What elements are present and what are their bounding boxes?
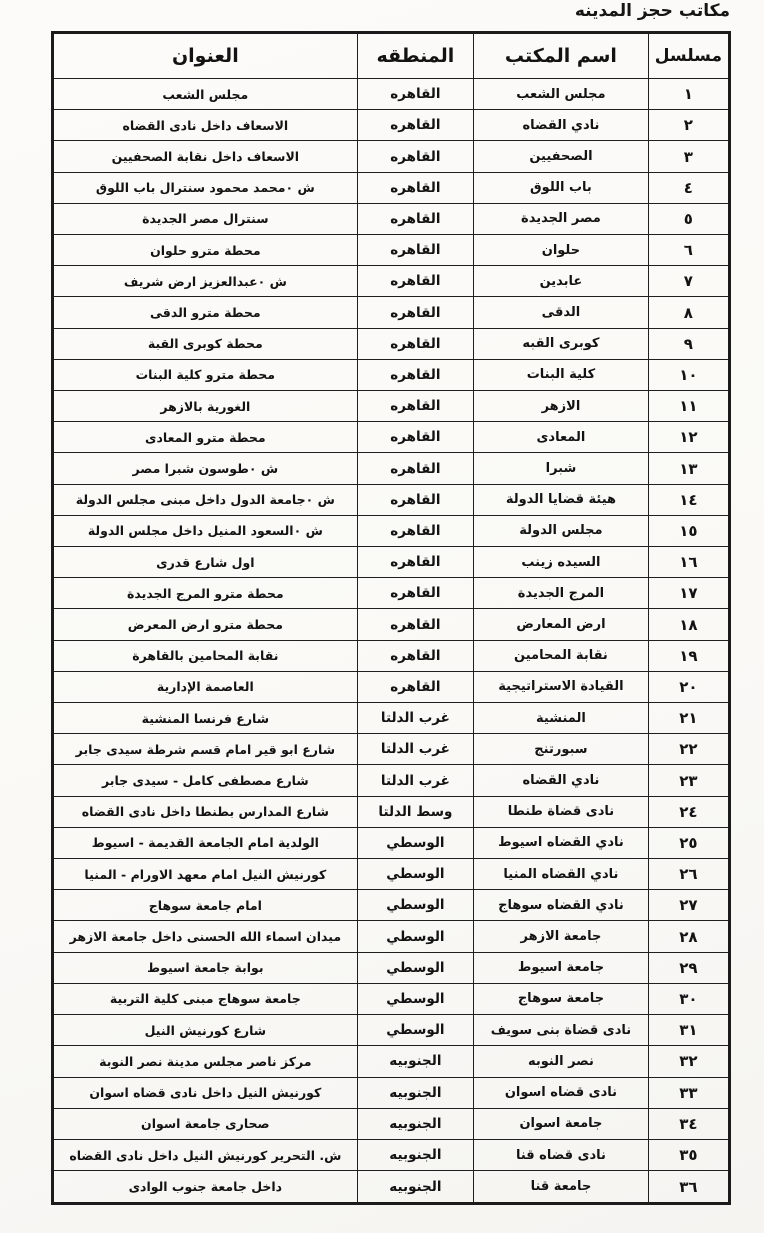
serial-cell: ١٢ bbox=[648, 422, 729, 453]
office-name-cell: مصر الجديدة bbox=[474, 203, 649, 234]
region-cell: القاهره bbox=[357, 141, 473, 172]
table-row: ٢٥ نادي القضاه اسيوط الوسطي الولدية امام… bbox=[53, 827, 730, 858]
serial-cell: ٥ bbox=[648, 203, 729, 234]
region-cell: الجنوبيه bbox=[357, 1046, 473, 1077]
address-cell: ش. التحرير كورنيش النيل داخل نادى القضاه bbox=[53, 1139, 358, 1170]
serial-cell: ٢٣ bbox=[648, 765, 729, 796]
table-row: ٣٦ جامعة قنا الجنوبيه داخل جامعة جنوب ال… bbox=[53, 1171, 730, 1204]
table-row: ١٦ السيده زينب القاهره اول شارع قدرى bbox=[53, 547, 730, 578]
address-cell: ش ٠عبدالعزيز ارض شريف bbox=[53, 266, 358, 297]
serial-cell: ٣١ bbox=[648, 1015, 729, 1046]
office-name-cell: نصر النوبه bbox=[474, 1046, 649, 1077]
region-cell: الوسطي bbox=[357, 921, 473, 952]
office-name-cell: سبورتنج bbox=[474, 734, 649, 765]
address-cell: ش ٠طوسون شبرا مصر bbox=[53, 453, 358, 484]
office-name-cell: نقابة المحامين bbox=[474, 640, 649, 671]
address-cell: شارع ابو قير امام قسم شرطة سيدى جابر bbox=[53, 734, 358, 765]
table-row: ٣٤ جامعة اسوان الجنوبيه صحارى جامعة اسوا… bbox=[53, 1108, 730, 1139]
region-cell: الوسطي bbox=[357, 1015, 473, 1046]
office-name-cell: نادي القضاه bbox=[474, 110, 649, 141]
table-row: ٥ مصر الجديدة القاهره سنترال مصر الجديدة bbox=[53, 203, 730, 234]
office-name-cell: شبرا bbox=[474, 453, 649, 484]
office-name-cell: مجلس الشعب bbox=[474, 79, 649, 110]
office-name-cell: كلية البنات bbox=[474, 359, 649, 390]
serial-cell: ٢٩ bbox=[648, 952, 729, 983]
office-name-cell: جامعة قنا bbox=[474, 1171, 649, 1204]
table-row: ٢٣ نادي القضاه غرب الدلتا شارع مصطفى كام… bbox=[53, 765, 730, 796]
office-name-cell: نادي القضاه سوهاج bbox=[474, 890, 649, 921]
page-title: مكاتب حجز المدينه bbox=[575, 1, 730, 21]
table-row: ٤ باب اللوق القاهره ش ٠محمد محمود سنترال… bbox=[53, 172, 730, 203]
address-cell: كورنيش النيل داخل نادى قضاه اسوان bbox=[53, 1077, 358, 1108]
table-row: ١٤ هيئة قضايا الدولة القاهره ش ٠جامعة ال… bbox=[53, 484, 730, 515]
region-cell: الوسطي bbox=[357, 827, 473, 858]
address-cell: محطة مترو حلوان bbox=[53, 235, 358, 266]
table-row: ٣٢ نصر النوبه الجنوبيه مركز ناصر مجلس مد… bbox=[53, 1046, 730, 1077]
serial-cell: ٢ bbox=[648, 110, 729, 141]
table-row: ٧ عابدين القاهره ش ٠عبدالعزيز ارض شريف bbox=[53, 266, 730, 297]
serial-cell: ٣٤ bbox=[648, 1108, 729, 1139]
office-name-cell: الدقى bbox=[474, 297, 649, 328]
table-row: ١ مجلس الشعب القاهره مجلس الشعب bbox=[53, 79, 730, 110]
address-cell: محطة مترو ارض المعرض bbox=[53, 609, 358, 640]
office-name-cell: السيده زينب bbox=[474, 547, 649, 578]
region-cell: الجنوبيه bbox=[357, 1171, 473, 1204]
office-name-cell: الصحفيين bbox=[474, 141, 649, 172]
region-cell: غرب الدلتا bbox=[357, 734, 473, 765]
region-cell: القاهره bbox=[357, 297, 473, 328]
serial-cell: ٢٢ bbox=[648, 734, 729, 765]
address-cell: شارع كورنيش النيل bbox=[53, 1015, 358, 1046]
address-cell: ش ٠السعود المنيل داخل مجلس الدولة bbox=[53, 515, 358, 546]
region-cell: القاهره bbox=[357, 484, 473, 515]
address-cell: الولدية امام الجامعة القديمة - اسيوط bbox=[53, 827, 358, 858]
region-cell: القاهره bbox=[357, 453, 473, 484]
serial-cell: ١ bbox=[648, 79, 729, 110]
region-cell: غرب الدلتا bbox=[357, 765, 473, 796]
serial-cell: ١٦ bbox=[648, 547, 729, 578]
header-office-name: اسم المكتب bbox=[474, 33, 649, 79]
table-body: ١ مجلس الشعب القاهره مجلس الشعب ٢ نادي ا… bbox=[53, 79, 730, 1204]
header-serial: مسلسل bbox=[648, 33, 729, 79]
serial-cell: ٢١ bbox=[648, 703, 729, 734]
booking-offices-table: مسلسل اسم المكتب المنطقه العنوان ١ مجلس … bbox=[51, 31, 731, 1205]
table-row: ٢٧ نادي القضاه سوهاج الوسطي امام جامعة س… bbox=[53, 890, 730, 921]
office-name-cell: المعادى bbox=[474, 422, 649, 453]
serial-cell: ٣٦ bbox=[648, 1171, 729, 1204]
table-row: ٢٩ جامعة اسيوط الوسطي بوابة جامعة اسيوط bbox=[53, 952, 730, 983]
region-cell: الجنوبيه bbox=[357, 1108, 473, 1139]
region-cell: القاهره bbox=[357, 172, 473, 203]
table-header-row: مسلسل اسم المكتب المنطقه العنوان bbox=[53, 33, 730, 79]
table-row: ١٨ ارض المعارض القاهره محطة مترو ارض الم… bbox=[53, 609, 730, 640]
region-cell: القاهره bbox=[357, 547, 473, 578]
address-cell: ش ٠محمد محمود سنترال باب اللوق bbox=[53, 172, 358, 203]
table-row: ٢٦ نادي القضاه المنيا الوسطي كورنيش الني… bbox=[53, 859, 730, 890]
table-row: ١١ الازهر القاهره الغورية بالازهر bbox=[53, 391, 730, 422]
serial-cell: ٢٠ bbox=[648, 671, 729, 702]
serial-cell: ١٩ bbox=[648, 640, 729, 671]
address-cell: الاسعاف داخل نقابة الصحفيين bbox=[53, 141, 358, 172]
table-row: ٣ الصحفيين القاهره الاسعاف داخل نقابة ال… bbox=[53, 141, 730, 172]
table-row: ١٣ شبرا القاهره ش ٠طوسون شبرا مصر bbox=[53, 453, 730, 484]
serial-cell: ٢٨ bbox=[648, 921, 729, 952]
serial-cell: ١٣ bbox=[648, 453, 729, 484]
address-cell: صحارى جامعة اسوان bbox=[53, 1108, 358, 1139]
address-cell: شارع المدارس بطنطا داخل نادى القضاه bbox=[53, 796, 358, 827]
address-cell: محطة مترو المرج الجديدة bbox=[53, 578, 358, 609]
region-cell: القاهره bbox=[357, 266, 473, 297]
office-name-cell: نادى قضاه قنا bbox=[474, 1139, 649, 1170]
office-name-cell: نادي القضاه اسيوط bbox=[474, 827, 649, 858]
address-cell: داخل جامعة جنوب الوادى bbox=[53, 1171, 358, 1204]
office-name-cell: مجلس الدولة bbox=[474, 515, 649, 546]
address-cell: جامعة سوهاج مبنى كلية التربية bbox=[53, 983, 358, 1014]
table-row: ٣٣ نادى قضاه اسوان الجنوبيه كورنيش النيل… bbox=[53, 1077, 730, 1108]
office-name-cell: عابدين bbox=[474, 266, 649, 297]
office-name-cell: نادي القضاه المنيا bbox=[474, 859, 649, 890]
address-cell: سنترال مصر الجديدة bbox=[53, 203, 358, 234]
office-name-cell: القيادة الاستراتيجية bbox=[474, 671, 649, 702]
table-row: ٦ حلوان القاهره محطة مترو حلوان bbox=[53, 235, 730, 266]
address-cell: محطة كوبرى القبة bbox=[53, 328, 358, 359]
table-row: ٢٢ سبورتنج غرب الدلتا شارع ابو قير امام … bbox=[53, 734, 730, 765]
address-cell: امام جامعة سوهاج bbox=[53, 890, 358, 921]
office-name-cell: المنشية bbox=[474, 703, 649, 734]
region-cell: القاهره bbox=[357, 671, 473, 702]
address-cell: الغورية بالازهر bbox=[53, 391, 358, 422]
region-cell: القاهره bbox=[357, 640, 473, 671]
office-name-cell: الازهر bbox=[474, 391, 649, 422]
region-cell: القاهره bbox=[357, 578, 473, 609]
header-region: المنطقه bbox=[357, 33, 473, 79]
address-cell: ميدان اسماء الله الحسنى داخل جامعة الازه… bbox=[53, 921, 358, 952]
table-row: ١٥ مجلس الدولة القاهره ش ٠السعود المنيل … bbox=[53, 515, 730, 546]
region-cell: القاهره bbox=[357, 515, 473, 546]
region-cell: الوسطي bbox=[357, 983, 473, 1014]
serial-cell: ١١ bbox=[648, 391, 729, 422]
region-cell: القاهره bbox=[357, 359, 473, 390]
address-cell: مجلس الشعب bbox=[53, 79, 358, 110]
serial-cell: ١٨ bbox=[648, 609, 729, 640]
region-cell: القاهره bbox=[357, 609, 473, 640]
address-cell: الاسعاف داخل نادى القضاه bbox=[53, 110, 358, 141]
region-cell: القاهره bbox=[357, 79, 473, 110]
office-name-cell: كوبرى القبه bbox=[474, 328, 649, 359]
region-cell: غرب الدلتا bbox=[357, 703, 473, 734]
header-address: العنوان bbox=[53, 33, 358, 79]
table-row: ٨ الدقى القاهره محطة مترو الدقى bbox=[53, 297, 730, 328]
office-name-cell: جامعة الازهر bbox=[474, 921, 649, 952]
office-name-cell: نادي القضاه bbox=[474, 765, 649, 796]
serial-cell: ٣٠ bbox=[648, 983, 729, 1014]
region-cell: القاهره bbox=[357, 422, 473, 453]
table-row: ١٧ المرج الجديدة القاهره محطة مترو المرج… bbox=[53, 578, 730, 609]
table-row: ٣٠ جامعة سوهاج الوسطي جامعة سوهاج مبنى ك… bbox=[53, 983, 730, 1014]
region-cell: الجنوبيه bbox=[357, 1139, 473, 1170]
serial-cell: ٣٢ bbox=[648, 1046, 729, 1077]
address-cell: محطة مترو المعادى bbox=[53, 422, 358, 453]
scanned-page: مكاتب حجز المدينه مسلسل اسم المكتب المنط… bbox=[0, 0, 764, 1233]
table-row: ١٢ المعادى القاهره محطة مترو المعادى bbox=[53, 422, 730, 453]
office-name-cell: جامعة سوهاج bbox=[474, 983, 649, 1014]
office-name-cell: حلوان bbox=[474, 235, 649, 266]
region-cell: القاهره bbox=[357, 203, 473, 234]
address-cell: ش ٠جامعة الدول داخل مبنى مجلس الدولة bbox=[53, 484, 358, 515]
serial-cell: ٢٤ bbox=[648, 796, 729, 827]
serial-cell: ١٥ bbox=[648, 515, 729, 546]
office-name-cell: جامعة اسوان bbox=[474, 1108, 649, 1139]
serial-cell: ٤ bbox=[648, 172, 729, 203]
region-cell: القاهره bbox=[357, 391, 473, 422]
table-row: ٣١ نادى قضاة بنى سويف الوسطي شارع كورنيش… bbox=[53, 1015, 730, 1046]
address-cell: نقابة المحامين بالقاهرة bbox=[53, 640, 358, 671]
serial-cell: ٧ bbox=[648, 266, 729, 297]
address-cell: كورنيش النيل امام معهد الاورام - المنيا bbox=[53, 859, 358, 890]
address-cell: اول شارع قدرى bbox=[53, 547, 358, 578]
serial-cell: ٣ bbox=[648, 141, 729, 172]
serial-cell: ٦ bbox=[648, 235, 729, 266]
address-cell: مركز ناصر مجلس مدينة نصر النوبة bbox=[53, 1046, 358, 1077]
table-row: ٢٤ نادى قضاة طنطا وسط الدلتا شارع المدار… bbox=[53, 796, 730, 827]
region-cell: القاهره bbox=[357, 110, 473, 141]
serial-cell: ١٤ bbox=[648, 484, 729, 515]
serial-cell: ٢٧ bbox=[648, 890, 729, 921]
region-cell: القاهره bbox=[357, 328, 473, 359]
region-cell: الوسطي bbox=[357, 859, 473, 890]
address-cell: بوابة جامعة اسيوط bbox=[53, 952, 358, 983]
office-name-cell: المرج الجديدة bbox=[474, 578, 649, 609]
address-cell: محطة مترو كلية البنات bbox=[53, 359, 358, 390]
region-cell: الوسطي bbox=[357, 890, 473, 921]
region-cell: الوسطي bbox=[357, 952, 473, 983]
office-name-cell: نادى قضاة بنى سويف bbox=[474, 1015, 649, 1046]
serial-cell: ٨ bbox=[648, 297, 729, 328]
office-name-cell: جامعة اسيوط bbox=[474, 952, 649, 983]
serial-cell: ٩ bbox=[648, 328, 729, 359]
serial-cell: ٣٣ bbox=[648, 1077, 729, 1108]
table-row: ٢ نادي القضاه القاهره الاسعاف داخل نادى … bbox=[53, 110, 730, 141]
table-row: ٩ كوبرى القبه القاهره محطة كوبرى القبة bbox=[53, 328, 730, 359]
address-cell: شارع فرنسا المنشية bbox=[53, 703, 358, 734]
serial-cell: ٣٥ bbox=[648, 1139, 729, 1170]
region-cell: وسط الدلتا bbox=[357, 796, 473, 827]
table-row: ٢٨ جامعة الازهر الوسطي ميدان اسماء الله … bbox=[53, 921, 730, 952]
serial-cell: ١٠ bbox=[648, 359, 729, 390]
office-name-cell: ارض المعارض bbox=[474, 609, 649, 640]
serial-cell: ٢٥ bbox=[648, 827, 729, 858]
address-cell: العاصمة الإدارية bbox=[53, 671, 358, 702]
office-name-cell: نادى قضاة طنطا bbox=[474, 796, 649, 827]
office-name-cell: هيئة قضايا الدولة bbox=[474, 484, 649, 515]
serial-cell: ١٧ bbox=[648, 578, 729, 609]
region-cell: الجنوبيه bbox=[357, 1077, 473, 1108]
address-cell: شارع مصطفى كامل - سيدى جابر bbox=[53, 765, 358, 796]
table-row: ٣٥ نادى قضاه قنا الجنوبيه ش. التحرير كور… bbox=[53, 1139, 730, 1170]
table-row: ٢١ المنشية غرب الدلتا شارع فرنسا المنشية bbox=[53, 703, 730, 734]
serial-cell: ٢٦ bbox=[648, 859, 729, 890]
address-cell: محطة مترو الدقى bbox=[53, 297, 358, 328]
table-row: ١٠ كلية البنات القاهره محطة مترو كلية ال… bbox=[53, 359, 730, 390]
office-name-cell: نادى قضاه اسوان bbox=[474, 1077, 649, 1108]
region-cell: القاهره bbox=[357, 235, 473, 266]
table-row: ١٩ نقابة المحامين القاهره نقابة المحامين… bbox=[53, 640, 730, 671]
office-name-cell: باب اللوق bbox=[474, 172, 649, 203]
table-row: ٢٠ القيادة الاستراتيجية القاهره العاصمة … bbox=[53, 671, 730, 702]
